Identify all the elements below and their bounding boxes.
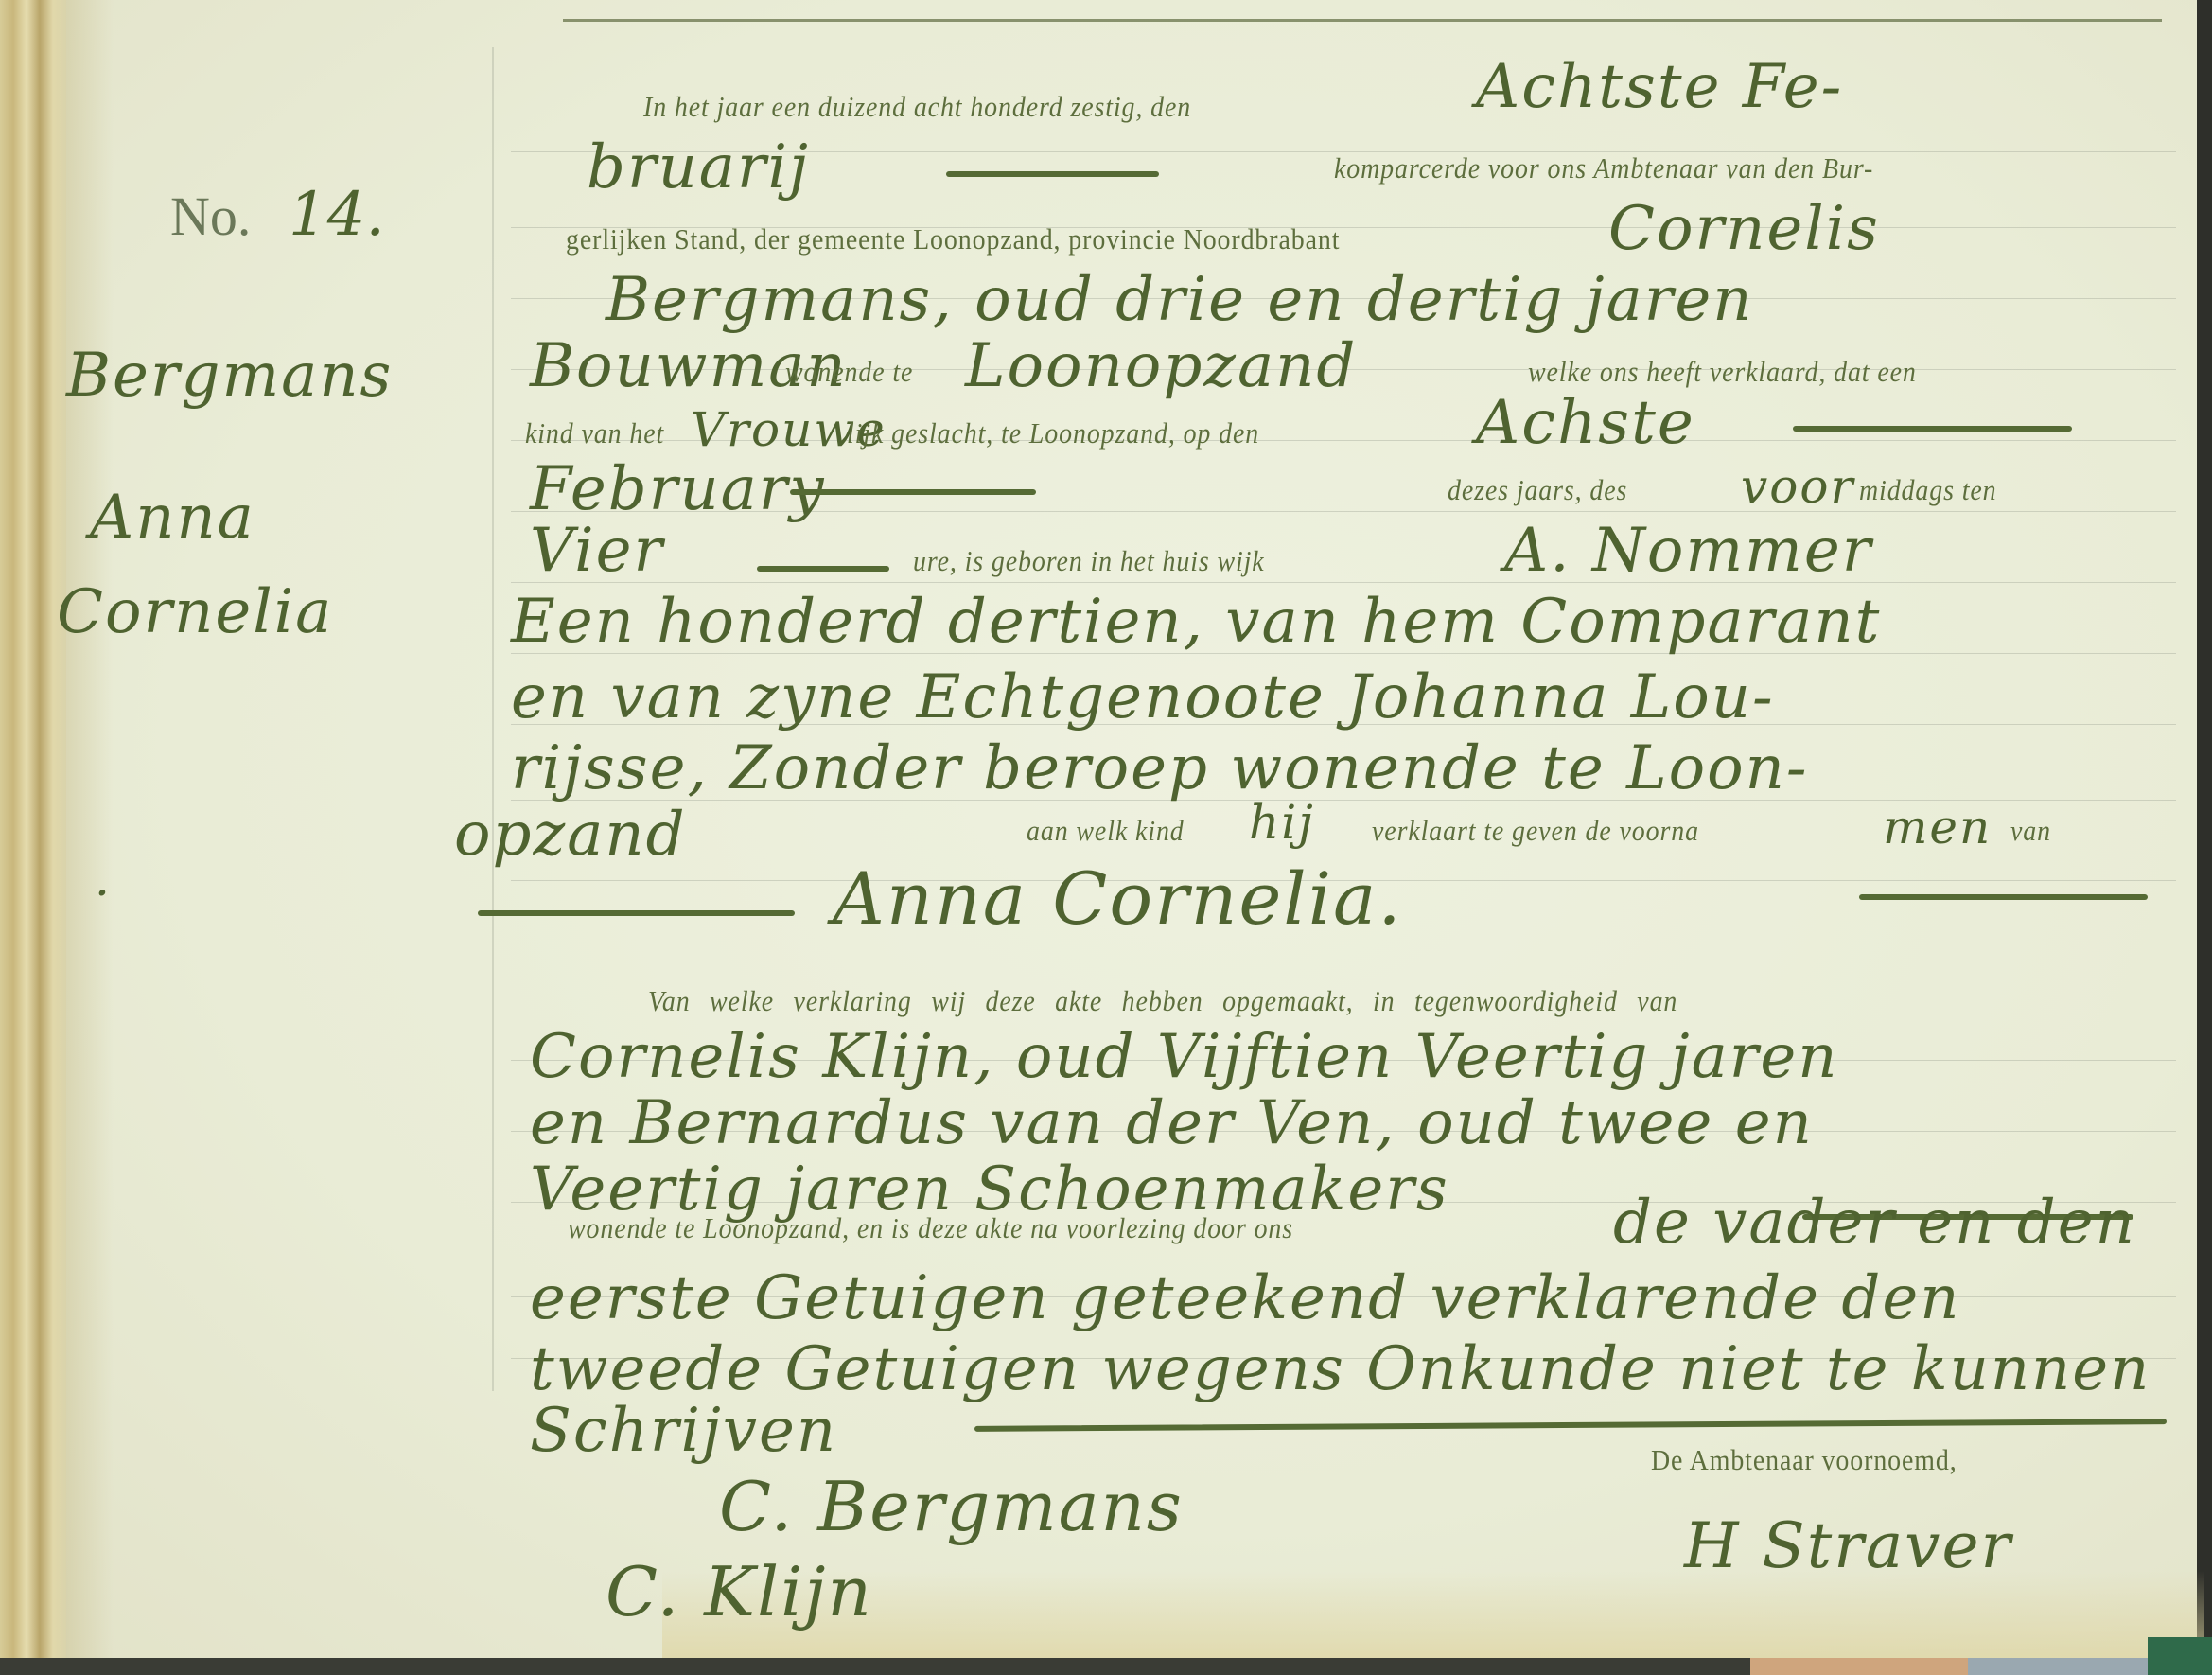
printed-text: kind van het — [525, 416, 664, 450]
closing-rule — [974, 1419, 2167, 1432]
printed-text: Van welke verklaring wij deze akte hebbe… — [648, 984, 1677, 1018]
fill-dash — [790, 489, 1036, 495]
handwritten-witness-1: Cornelis Klijn, oud Vijftien Veertig jar… — [530, 1022, 1838, 1092]
printed-text: wonende te Loonopzand, en is deze akte n… — [568, 1211, 1293, 1245]
margin-surname: Bergmans — [66, 341, 393, 411]
handwritten-date-day: Achtste Fe- — [1476, 52, 1843, 122]
handwritten-signature-note: eerste Getuigen geteekend verklarende de… — [530, 1263, 1960, 1333]
handwritten-birth-day: Achste — [1476, 388, 1695, 458]
handwritten-illiteracy-note: tweede Getuigen wegens Onkunde niet te k… — [530, 1334, 2151, 1404]
handwritten-write: Schrijven — [530, 1396, 837, 1466]
handwritten-father-given-name: Cornelis — [1608, 194, 1880, 264]
background-strip — [2148, 1637, 2212, 1675]
ruled-line — [511, 582, 2176, 583]
handwritten-before-after: voor — [1741, 459, 1854, 514]
signature-official: H Straver — [1684, 1509, 2012, 1582]
signature-father: C. Bergmans — [719, 1467, 1184, 1546]
handwritten-suffix: men — [1883, 800, 1992, 855]
printed-text: In het jaar een duizend acht honderd zes… — [643, 90, 1191, 124]
background-strip — [1750, 1658, 1968, 1675]
handwritten-pronoun: hij — [1249, 795, 1315, 850]
printed-text: lijk geslacht, te Loonopzand, op den — [847, 416, 1259, 450]
handwritten-ward: A. Nommer — [1504, 516, 1872, 586]
entry-number-label: No. — [170, 185, 251, 248]
water-stain — [662, 1571, 2204, 1658]
printed-text: gerlijken Stand, der gemeente Loonopzand… — [566, 222, 1340, 256]
handwritten-child-names: Anna Cornelia. — [833, 856, 1403, 941]
printed-text: komparcerde voor ons Ambtenaar van den B… — [1334, 151, 1873, 185]
handwritten-mother-occupation: rijsse, Zonder beroep wonende te Loon- — [511, 733, 1808, 803]
printed-text: verklaart te geven de voorna — [1372, 814, 1699, 848]
margin-given-name-1: Anna — [90, 483, 255, 553]
handwritten-residence: Loonopzand — [965, 331, 1357, 401]
printed-text: van — [2010, 814, 2051, 848]
entry-number: 14. — [289, 180, 385, 250]
fill-dash — [1793, 426, 2072, 432]
printed-text: dezes jaars, des — [1448, 473, 1627, 507]
book-binding-edge — [0, 0, 66, 1658]
official-label: De Ambtenaar voornoemd, — [1651, 1443, 1957, 1477]
handwritten-father-surname-age: Bergmans, oud drie en dertig jaren — [606, 265, 1753, 335]
printed-text: aan welk kind — [1027, 814, 1185, 848]
register-page: No. 14. Bergmans Anna Cornelia . In het … — [0, 0, 2197, 1658]
background-strip — [0, 1658, 1750, 1675]
margin-rule-line — [492, 47, 494, 1391]
printed-text: middags ten — [1859, 473, 1997, 507]
fill-dash — [946, 171, 1159, 177]
handwritten-witness-2: en Bernardus van der Ven, oud twee en — [530, 1088, 1814, 1158]
printed-text: wonende te — [785, 355, 913, 389]
top-rule-line — [563, 19, 2162, 22]
handwritten-residence-continued: opzand — [454, 800, 687, 870]
printed-text: welke ons heeft verklaard, dat een — [1528, 355, 1917, 389]
handwritten-signers: de vader en den — [1613, 1188, 2136, 1258]
fill-dash — [1859, 894, 2148, 900]
handwritten-birth-month: February — [530, 454, 825, 524]
signature-witness: C. Klijn — [606, 1552, 873, 1631]
fill-dash — [757, 566, 889, 572]
handwritten-hour: Vier — [530, 516, 664, 586]
handwritten-house-number: Een honderd dertien, van hem Comparant — [511, 587, 1881, 657]
printed-text: ure, is geboren in het huis wijk — [913, 544, 1265, 578]
fill-dash — [478, 910, 795, 916]
handwritten-mother-name: en van zyne Echtgenoote Johanna Lou- — [511, 662, 1775, 732]
margin-given-name-2: Cornelia — [57, 577, 333, 647]
handwritten-month-continued: bruarij — [587, 132, 810, 203]
margin-dot: . — [95, 852, 112, 907]
